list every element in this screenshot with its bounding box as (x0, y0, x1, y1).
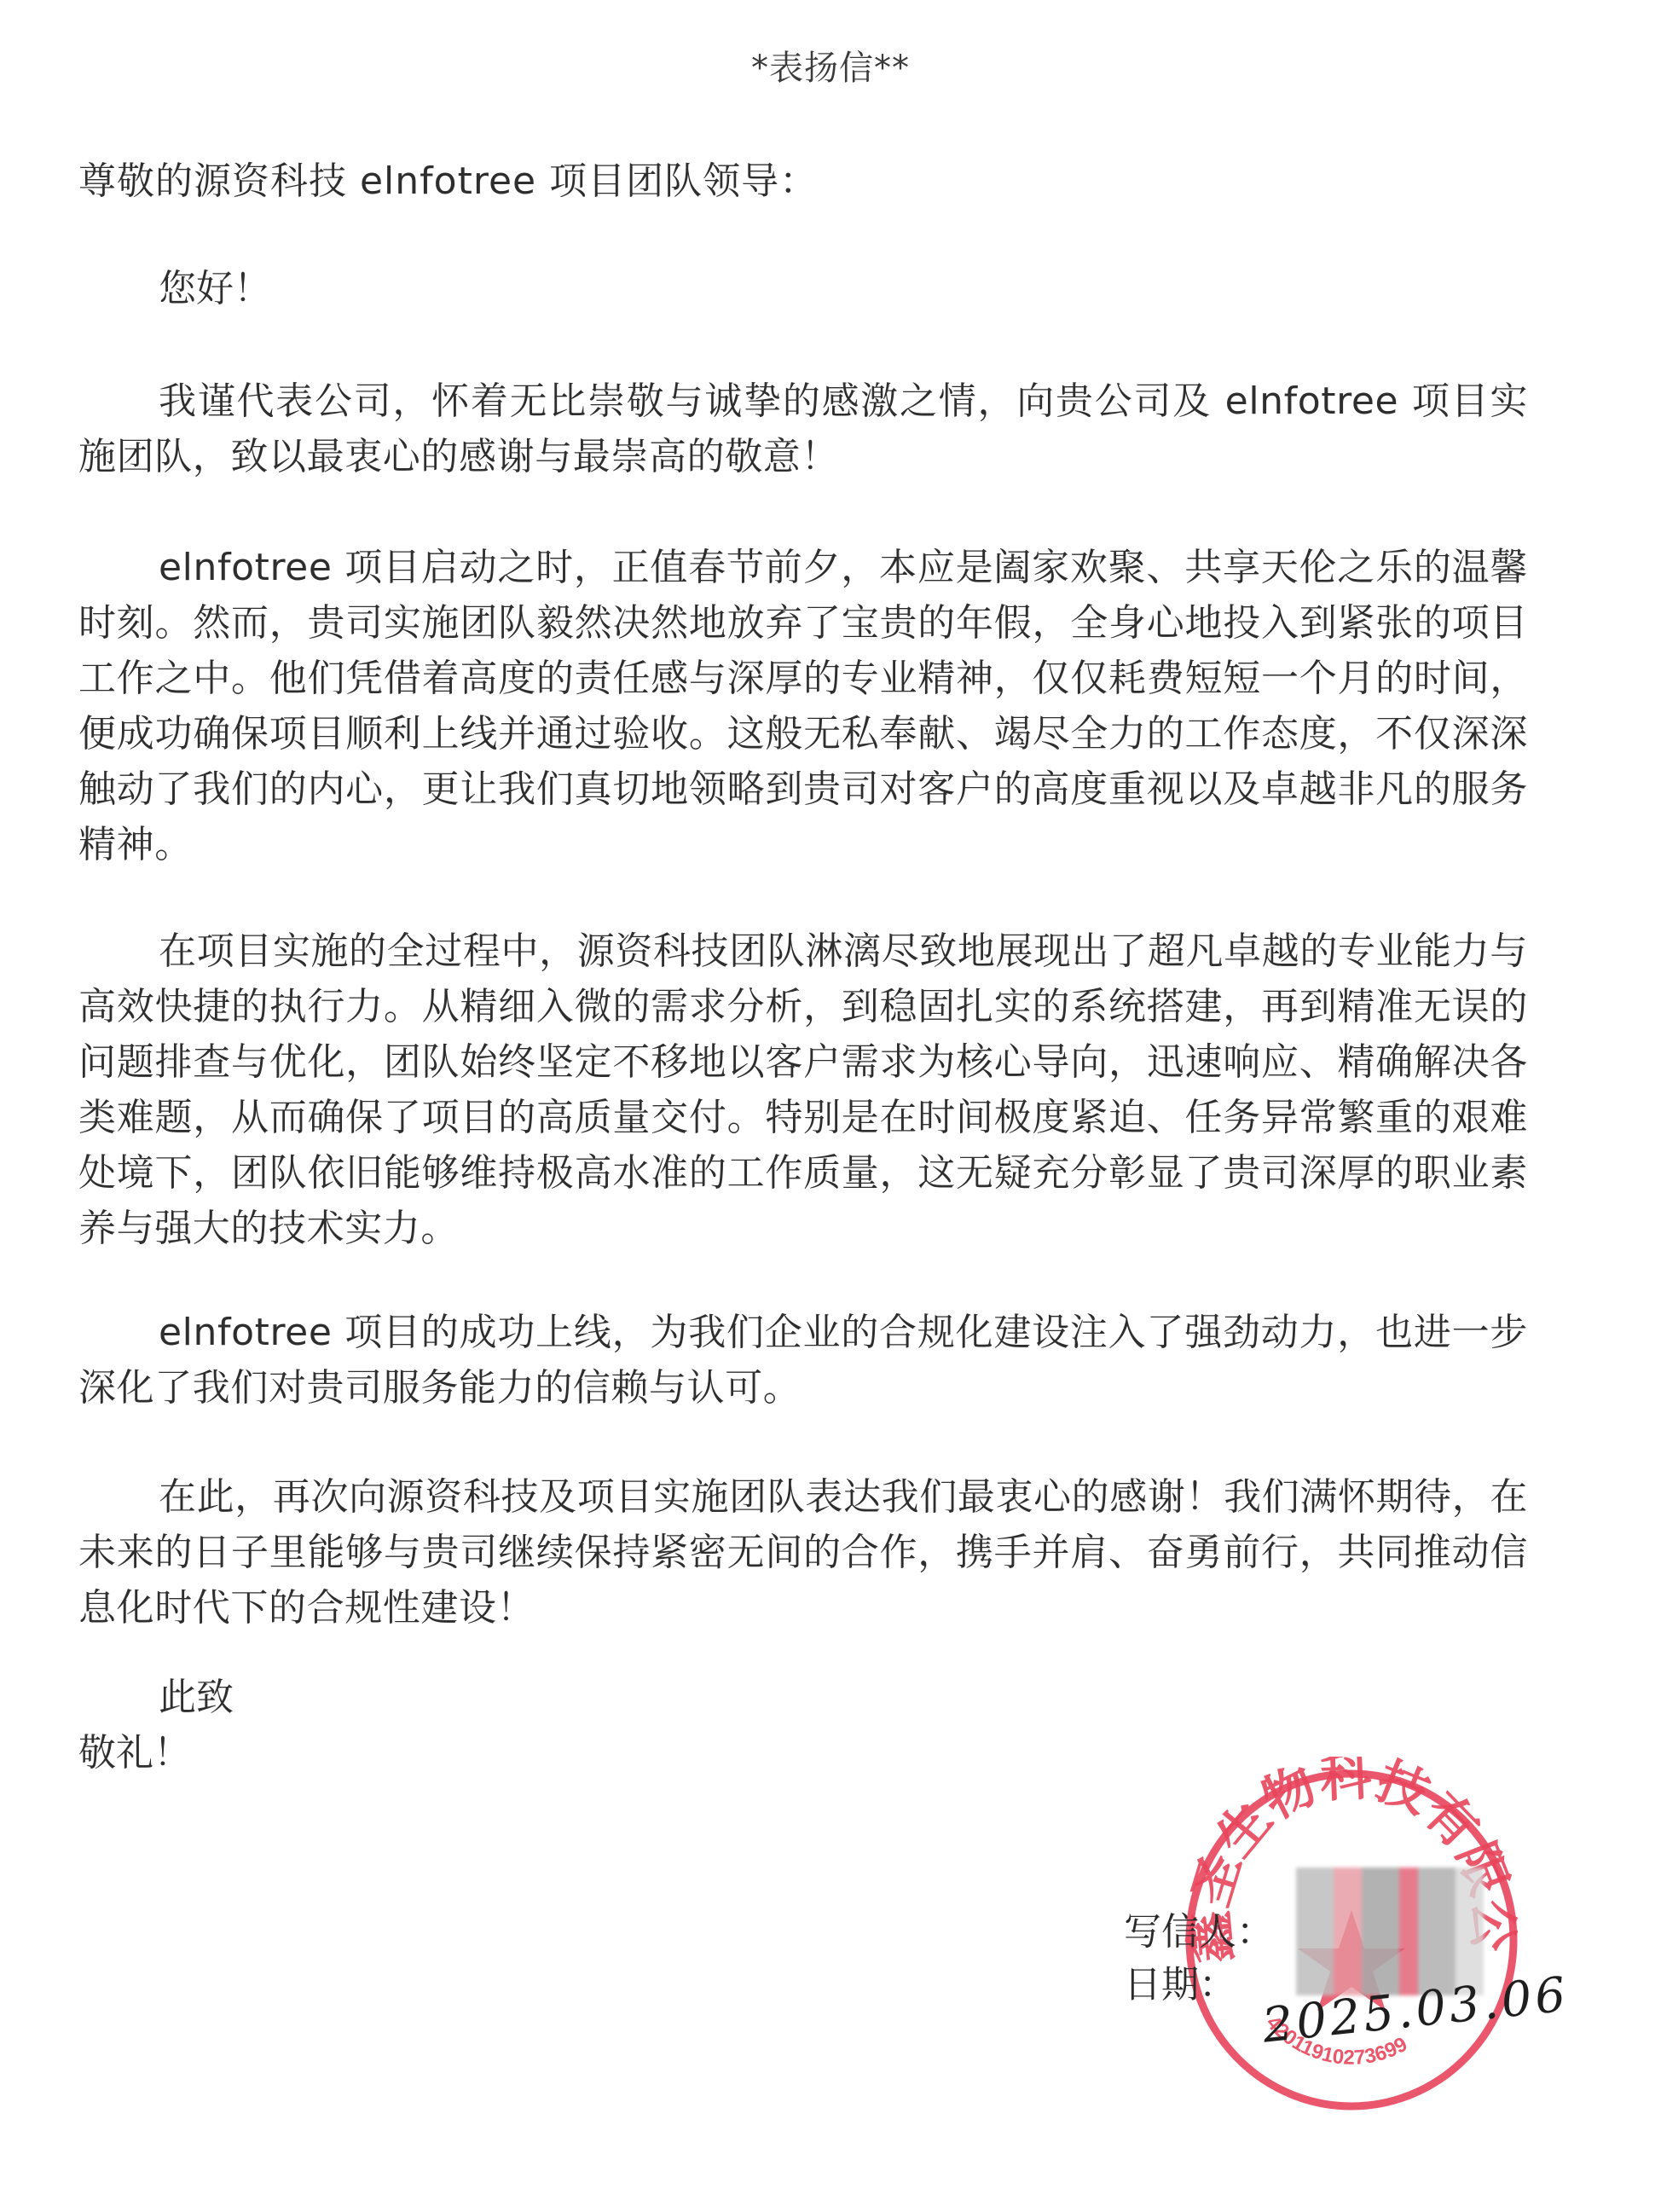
paragraph-3: 在项目实施的全过程中，源资科技团队淋漓尽致地展现出了超凡卓越的专业能力与高效快捷… (78, 924, 1528, 1256)
signature-block: 写信人： 日期： (1124, 1906, 1274, 2012)
salutation: 尊敬的源资科技 elnfotree 项目团队领导： (78, 155, 818, 208)
letter-page: *表扬信** 尊敬的源资科技 elnfotree 项目团队领导： 您好！ 我谨代… (0, 0, 1661, 2212)
writer-label: 写信人： (1124, 1906, 1274, 1959)
redacted-signature (1296, 1867, 1484, 1995)
paragraph-4: elnfotree 项目的成功上线，为我们企业的合规化建设注入了强劲动力，也进一… (78, 1305, 1528, 1416)
closing-salutation: 此致 (159, 1671, 234, 1724)
letter-title: *表扬信** (0, 41, 1661, 90)
date-label: 日期： (1124, 1959, 1274, 2012)
paragraph-2: elnfotree 项目启动之时，正值春节前夕，本应是阖家欢聚、共享天伦之乐的温… (78, 540, 1528, 872)
closing-regards: 敬礼！ (78, 1727, 191, 1780)
paragraph-5: 在此，再次向源资科技及项目实施团队表达我们最衷心的感谢！我们满怀期待，在未来的日… (78, 1469, 1528, 1636)
greeting: 您好！ (159, 263, 271, 316)
paragraph-1: 我谨代表公司，怀着无比崇敬与诚挚的感激之情，向贵公司及 elnfotree 项目… (78, 373, 1528, 484)
